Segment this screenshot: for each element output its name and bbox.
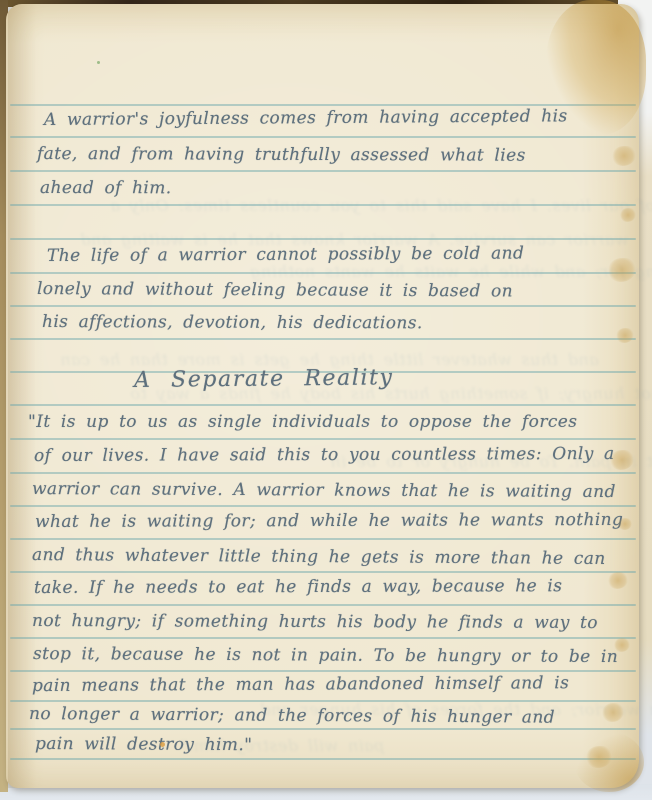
handwriting-line: what he is waiting for; and while he wai…: [35, 510, 623, 532]
handwriting-line: fate, and from having truthfully assesse…: [37, 144, 526, 166]
ruled-line: [10, 305, 636, 307]
handwriting-line: pain means that the man has abandoned hi…: [32, 673, 569, 696]
handwriting-line: stop it, because he is not in pain. To b…: [33, 644, 618, 667]
handwriting-line: no longer a warrior; and the forces of h…: [29, 704, 555, 728]
handwriting-line: pain will destroy him.": [35, 734, 252, 755]
handwriting-line: warrior can survive. A warrior knows tha…: [32, 479, 616, 502]
handwriting-line: lonely and without feeling because it is…: [37, 279, 513, 301]
ruled-line: [10, 438, 636, 440]
handwriting-line: A warrior's joyfulness comes from having…: [44, 106, 568, 130]
stain-blob: [620, 208, 636, 222]
ruled-line: [10, 637, 636, 639]
ruled-line: [10, 136, 636, 138]
handwriting-line: take. If he needs to eat he finds a way,…: [34, 576, 562, 598]
stain-blob: [614, 638, 630, 652]
ruled-line: [10, 404, 636, 406]
ruled-line: [10, 338, 636, 340]
handwriting-line: The life of a warrior cannot possibly be…: [47, 244, 524, 266]
handwriting-line: not hungry; if something hurts his body …: [32, 611, 598, 633]
ruled-line: [10, 505, 636, 507]
ruled-line: [10, 170, 636, 172]
ruled-line: [10, 272, 636, 274]
stain: [546, 0, 646, 135]
handwriting-line: and thus whatever little thing he gets i…: [32, 545, 606, 569]
ruled-line: [10, 571, 636, 573]
handwriting-line: ahead of him.: [40, 178, 172, 198]
paper-speck: [97, 61, 100, 64]
handwriting-line: his affections, devotion, his dedication…: [42, 312, 423, 333]
handwriting-line: "It is up to us as single individuals to…: [28, 412, 577, 432]
ruled-line: [10, 538, 636, 540]
ruled-line: [10, 700, 636, 702]
ruled-line: [10, 238, 636, 240]
ruled-line: [10, 758, 636, 760]
scanned-notebook-page: of our lives. I have said this to you co…: [0, 0, 652, 800]
ruled-line: [10, 472, 636, 474]
ruled-line: [10, 204, 636, 206]
section-heading: A Separate Reality: [134, 365, 394, 393]
handwriting-line: of our lives. I have said this to you co…: [34, 444, 615, 466]
paper-speck: [160, 742, 165, 747]
ruled-line: [10, 670, 636, 672]
ruled-line: [10, 604, 636, 606]
ruled-line: [10, 728, 636, 730]
